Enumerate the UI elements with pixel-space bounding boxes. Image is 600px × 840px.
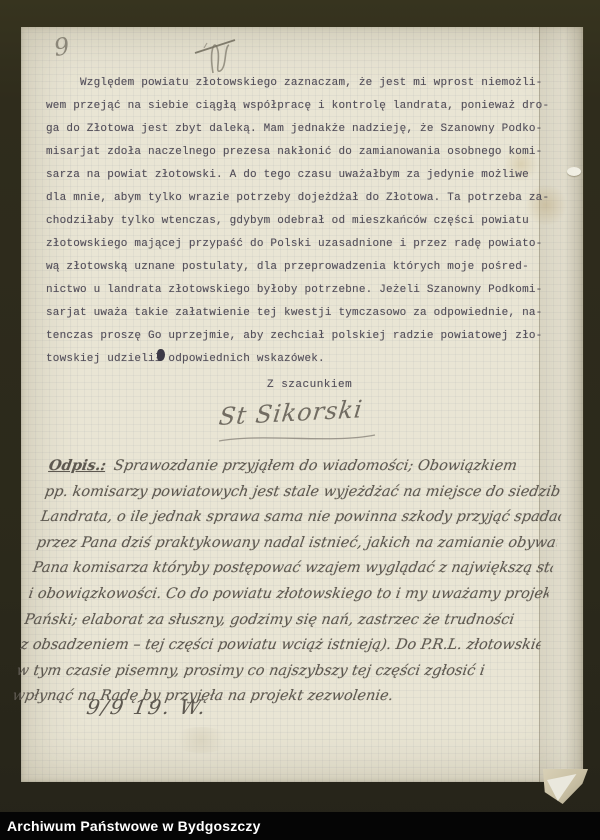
- handwritten-line: Pana komisarza któryby postępować wzajem…: [31, 556, 555, 582]
- typewritten-letter-body: Względem powiatu złotowskiego zaznaczam,…: [46, 72, 561, 371]
- handwritten-line: i obowiązkowości. Co do powiatu złotowsk…: [27, 582, 551, 608]
- handwritten-line: Landrata, o ile jednak sprawa sama nie p…: [39, 505, 563, 531]
- letter-line: sarjat uważa takie załatwienie tej kwest…: [46, 302, 561, 325]
- letter-line: tenczas proszę Go uprzejmie, aby zechcia…: [46, 325, 561, 348]
- odpis-label: Odpis.:: [48, 457, 108, 474]
- letter-line: chodziłaby tylko wtenczas, gdybym odebra…: [46, 210, 561, 233]
- letter-line: towskiej udzielił odpowiednich wskazówek…: [46, 348, 561, 371]
- paper-stain: [171, 727, 231, 753]
- handwritten-line: w tym czasie pisemny, prosimy co najszyb…: [14, 659, 538, 685]
- letter-line: sarza na powiat złotowski. A do tego cza…: [46, 164, 561, 187]
- scanned-document-photo: 9 Względem powiatu złotowskiego zaznacza…: [0, 0, 600, 840]
- archive-name-label: Archiwum Państwowe w Bydgoszczy: [0, 812, 600, 840]
- paper-hole: [567, 167, 581, 176]
- letter-line: misarjat zdoła naczelnego prezesa nakłon…: [46, 141, 561, 164]
- signature-underline-flourish: [217, 431, 377, 450]
- letter-line: wą złotowską uznane postulaty, dla przep…: [46, 256, 561, 279]
- letter-line: dla mnie, abym tylko wrazie potrzeby doj…: [46, 187, 561, 210]
- letter-line: ga do Złotowa jest zbyt daleką. Mam jedn…: [46, 118, 561, 141]
- handwritten-note: Odpis.:Sprawozdanie przyjąłem do wiadomo…: [10, 453, 571, 710]
- handwritten-text: Sprawozdanie przyjąłem do wiadomości; Ob…: [113, 458, 519, 474]
- archive-caption-bar: Archiwum Państwowe w Bydgoszczy: [0, 812, 600, 840]
- handwritten-line: z obsadzeniem – tej części powiatu wciąż…: [18, 633, 542, 659]
- pencil-page-number: 9: [52, 32, 71, 62]
- letter-line: wem przejąć na siebie ciągłą współpracę …: [46, 95, 561, 118]
- letter-line: złotowskiego mającej przypaść do Polski …: [46, 233, 561, 256]
- letter-line: nictwo u landrata złotowskiego byłoby po…: [46, 279, 561, 302]
- handwritten-line: przez Pana dziś praktykowany nadal istni…: [35, 531, 559, 557]
- handwritten-line: Pański; elaborat za słuszny, godzimy się…: [22, 608, 546, 634]
- letter-line: Względem powiatu złotowskiego zaznaczam,…: [46, 72, 561, 95]
- handwritten-signature: St Sikorski: [217, 395, 364, 431]
- handwritten-line: pp. komisarzy powiatowych jest stale wyj…: [43, 480, 567, 506]
- letter-page: 9 Względem powiatu złotowskiego zaznacza…: [21, 27, 583, 782]
- handwritten-date: 9/9 19. W.: [85, 695, 209, 719]
- handwritten-line: Odpis.:Sprawozdanie przyjąłem do wiadomo…: [47, 453, 571, 480]
- letter-closing: Z szacunkiem: [267, 379, 352, 391]
